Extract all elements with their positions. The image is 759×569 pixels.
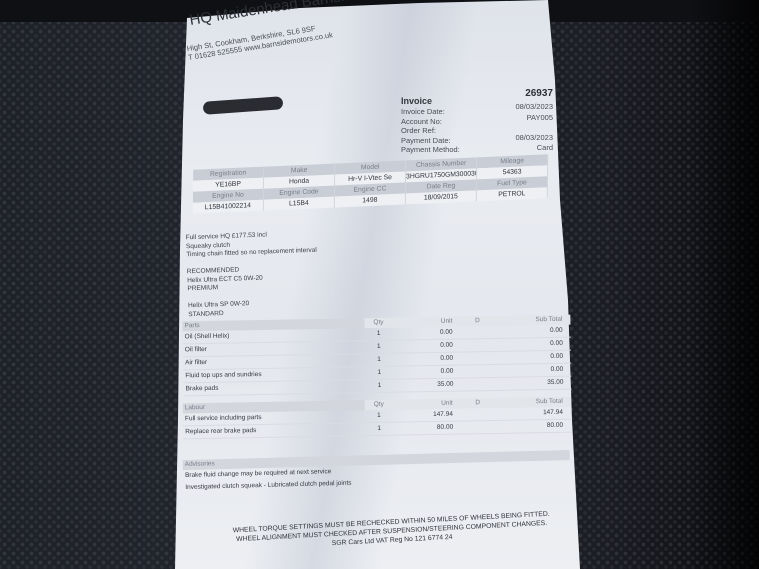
item-qty: 1 (365, 354, 393, 366)
seat-shadow (689, 0, 759, 569)
item-unit-price: 147.94 (393, 409, 453, 422)
item-subtotal: 35.00 (503, 377, 571, 390)
vehicle-field-value: 1498 (335, 193, 406, 207)
item-unit-price: 80.00 (393, 422, 453, 435)
item-qty: 1 (365, 380, 393, 392)
invoice-field-value: 08/03/2023 (443, 133, 553, 142)
item-qty: 1 (365, 367, 393, 379)
redacted-customer-name (203, 96, 284, 115)
item-unit-price: 0.00 (393, 366, 453, 379)
item-discount (453, 408, 503, 421)
col-qty: Qty (364, 318, 392, 328)
item-unit-price: 0.00 (393, 327, 453, 340)
item-qty: 1 (365, 423, 393, 435)
invoice-document: HQ Maidenhead Barnside Motors High St, C… (183, 0, 573, 569)
item-qty: 1 (365, 328, 393, 340)
item-unit-price: 0.00 (393, 353, 453, 366)
item-discount (453, 326, 503, 339)
item-unit-price: 0.00 (393, 340, 453, 353)
parts-section: Parts Qty Unit D Sub Total Oil (Shell He… (182, 315, 571, 397)
item-qty: 1 (365, 341, 393, 353)
footer-notice: WHEEL TORQUE SETTINGS MUST BE RECHECKED … (233, 510, 551, 554)
service-notes: Full service HQ £177.53 inclSqueaky clut… (186, 230, 319, 320)
item-discount (453, 365, 503, 378)
vehicle-details-table: RegistrationMakeModelChassis NumberMilea… (193, 154, 548, 214)
item-subtotal: 0.00 (503, 364, 571, 377)
item-discount (453, 421, 503, 434)
invoice-number: 26937 (443, 88, 553, 99)
col-qty: Qty (365, 400, 393, 410)
vehicle-field-value: PETROL (477, 187, 548, 201)
labour-section: Labour Qty Unit D Sub Total Full service… (183, 397, 572, 440)
parts-rows: Oil (Shell Helix)10.000.00Oil filter10.0… (183, 325, 572, 397)
vehicle-field-value: 18/09/2015 (406, 190, 477, 204)
invoice-field-value: 08/03/2023 (443, 102, 553, 111)
vehicle-field-value: L15B41002214 (193, 200, 264, 214)
advisories-section: Advisories Brake fluid change may be req… (183, 450, 572, 494)
invoice-field-label: Invoice Date: (401, 107, 445, 116)
item-discount (453, 352, 503, 365)
item-unit-price: 35.00 (393, 379, 453, 392)
item-description: Brake pads (183, 380, 365, 395)
item-discount (453, 339, 503, 352)
labour-rows: Full service including parts1147.94147.9… (183, 407, 571, 440)
vehicle-field-value: L15B4 (264, 197, 335, 211)
invoice-field-value: Card (443, 143, 553, 152)
invoice-field-label: Account No: (401, 117, 442, 126)
item-subtotal: 147.94 (503, 407, 571, 420)
invoice-heading: Invoice (401, 96, 432, 106)
invoice-field-value: PAY005 (443, 113, 553, 122)
item-subtotal: 0.00 (503, 351, 571, 364)
item-qty: 1 (365, 410, 393, 422)
company-address-block: High St, Cookham, Berkshire, SL6 9SF T 0… (186, 21, 333, 62)
item-discount (453, 378, 503, 391)
item-subtotal: 80.00 (503, 420, 571, 433)
item-subtotal: 0.00 (503, 325, 571, 338)
company-name: HQ Maidenhead Barnside Motors (188, 0, 411, 29)
item-subtotal: 0.00 (503, 338, 571, 351)
item-description: Replace rear brake pads (183, 423, 365, 438)
invoice-field-label: Order Ref: (401, 126, 436, 135)
